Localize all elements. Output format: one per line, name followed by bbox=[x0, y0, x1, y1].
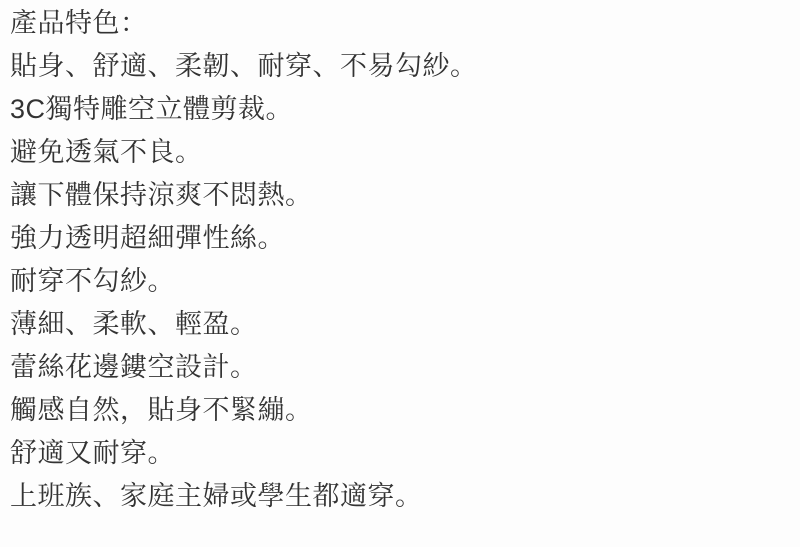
feature-line-9: 觸感自然，貼身不緊繃。 bbox=[10, 389, 790, 432]
section-title: 產品特色： bbox=[10, 2, 790, 45]
feature-line-8: 蕾絲花邊鏤空設計。 bbox=[10, 346, 790, 389]
feature-line-11: 上班族、家庭主婦或學生都適穿。 bbox=[10, 475, 790, 518]
feature-line-10: 舒適又耐穿。 bbox=[10, 432, 790, 475]
feature-line-2: 3C獨特雕空立體剪裁。 bbox=[10, 88, 790, 131]
feature-line-3: 避免透氣不良。 bbox=[10, 131, 790, 174]
feature-line-1: 貼身、舒適、柔韌、耐穿、不易勾紗。 bbox=[10, 45, 790, 88]
feature-line-4: 讓下體保持涼爽不悶熱。 bbox=[10, 174, 790, 217]
feature-line-7: 薄細、柔軟、輕盈。 bbox=[10, 303, 790, 346]
feature-line-6: 耐穿不勾紗。 bbox=[10, 260, 790, 303]
product-description-page: 產品特色： 貼身、舒適、柔韌、耐穿、不易勾紗。 3C獨特雕空立體剪裁。 避免透氣… bbox=[0, 0, 800, 547]
feature-line-5: 強力透明超細彈性絲。 bbox=[10, 217, 790, 260]
